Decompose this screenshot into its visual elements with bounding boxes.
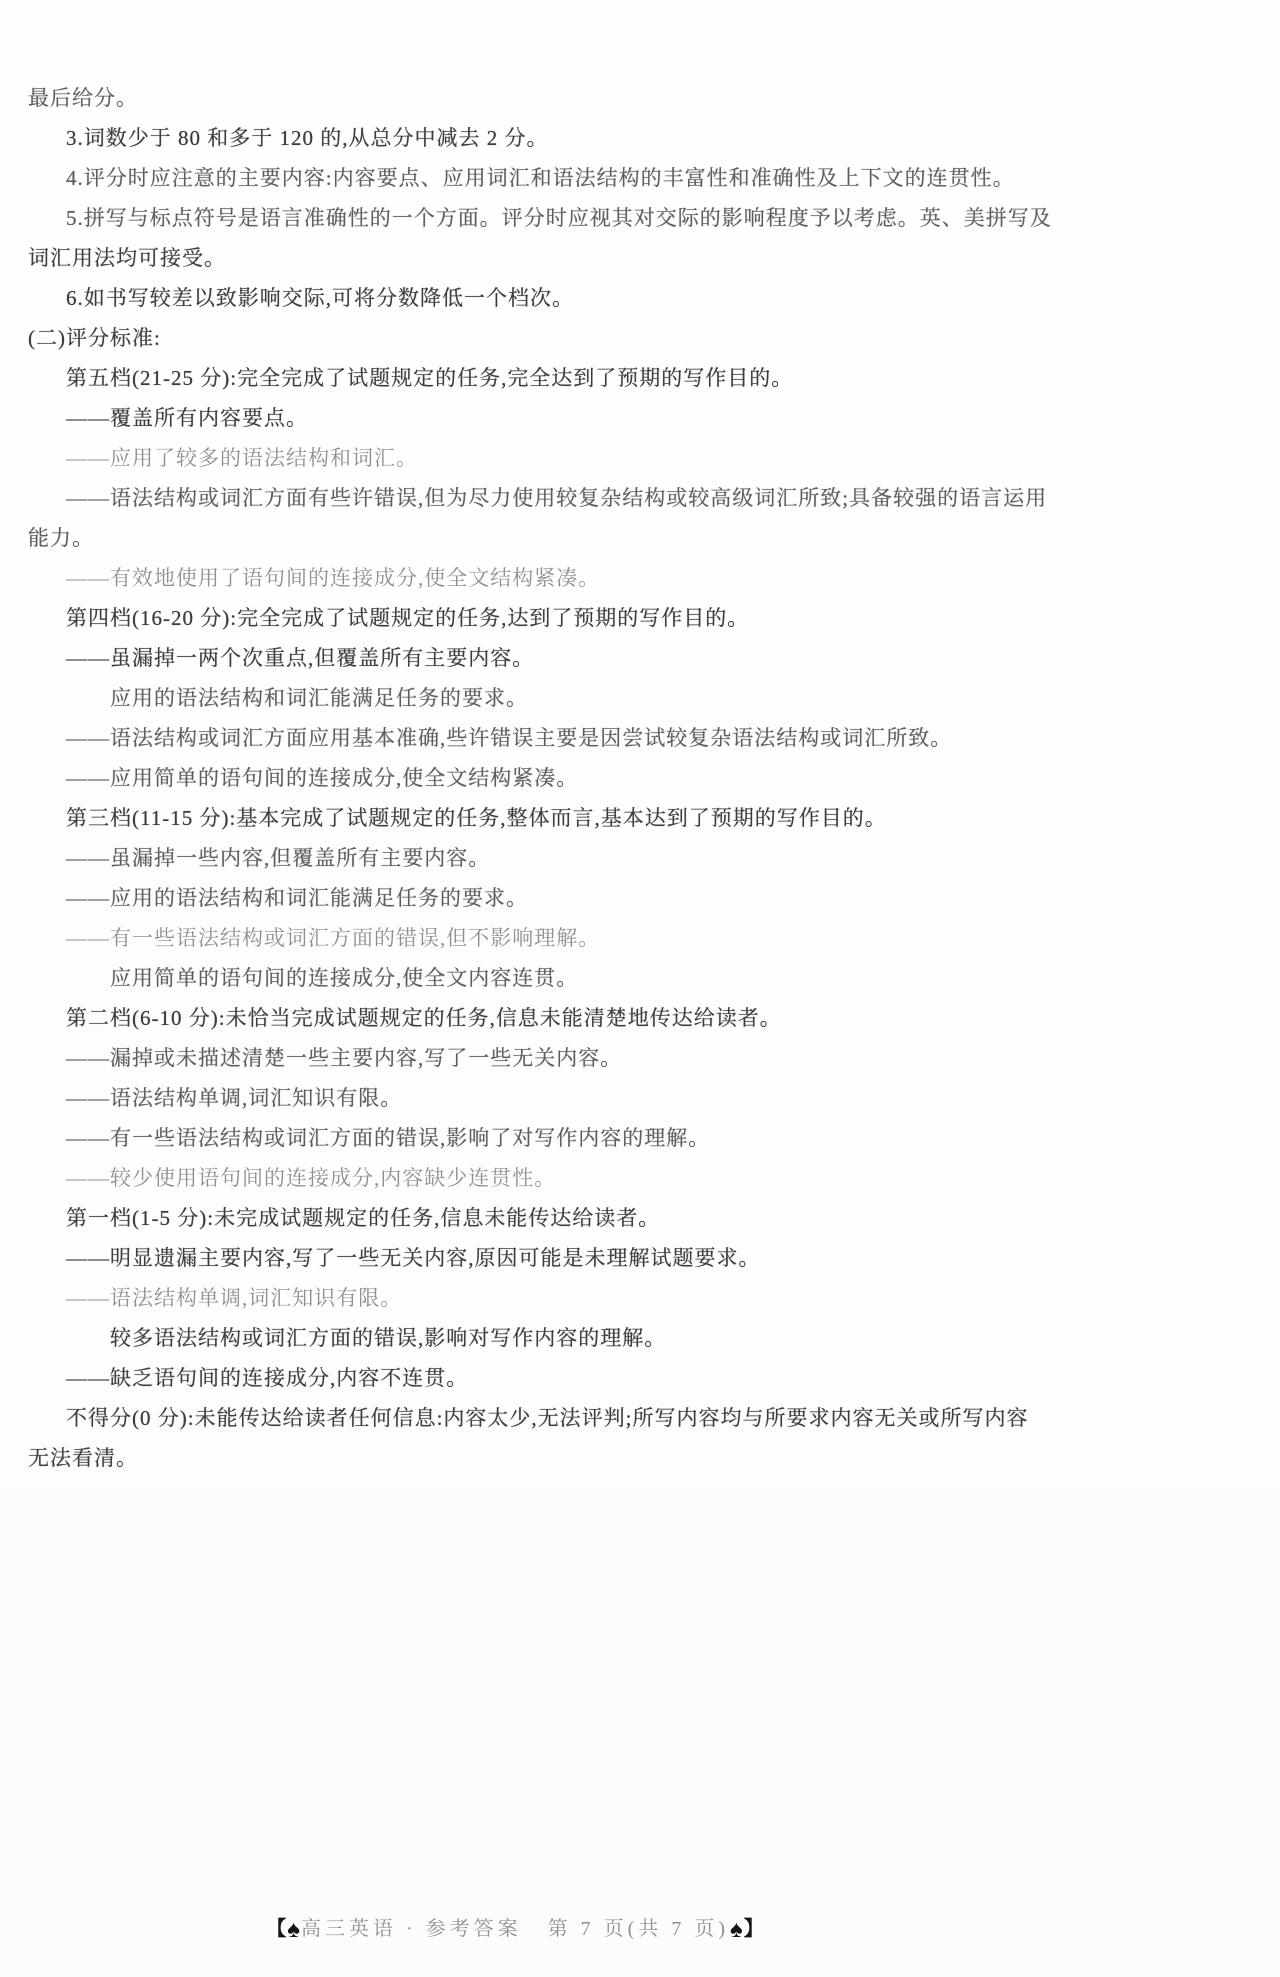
text-line: 较多语法结构或词汇方面的错误,影响对写作内容的理解。 [110, 1318, 1038, 1358]
text-line: ——较少使用语句间的连接成分,内容缺少连贯性。 [66, 1158, 1038, 1198]
text-line: 不得分(0 分):未能传达给读者任何信息:内容太少,无法评判;所写内容均与所要求… [66, 1398, 1038, 1438]
spade-icon: ♠ [286, 1917, 301, 1943]
scanned-answer-page: 最后给分。3.词数少于 80 和多于 120 的,从总分中减去 2 分。4.评分… [0, 0, 1280, 1977]
text-line: 第一档(1-5 分):未完成试题规定的任务,信息未能传达给读者。 [66, 1198, 1038, 1238]
text-line: (二)评分标准: [28, 318, 1038, 358]
text-line: 应用简单的语句间的连接成分,使全文内容连贯。 [110, 958, 1038, 998]
text-line: ——虽漏掉一些内容,但覆盖所有主要内容。 [66, 838, 1038, 878]
text-line: ——应用了较多的语法结构和词汇。 [66, 438, 1038, 478]
text-line: ——虽漏掉一两个次重点,但覆盖所有主要内容。 [66, 638, 1038, 678]
text-line: ——有效地使用了语句间的连接成分,使全文结构紧凑。 [66, 558, 1038, 598]
text-line: ——语法结构单调,词汇知识有限。 [66, 1278, 1038, 1318]
text-line: 5.拼写与标点符号是语言准确性的一个方面。评分时应视其对交际的影响程度予以考虑。… [66, 198, 1038, 238]
text-line: 6.如书写较差以致影响交际,可将分数降低一个档次。 [66, 278, 1038, 318]
text-line: 第二档(6-10 分):未恰当完成试题规定的任务,信息未能清楚地传达给读者。 [66, 998, 1038, 1038]
text-line: ——语法结构或词汇方面应用基本准确,些许错误主要是因尝试较复杂语法结构或词汇所致… [66, 718, 1038, 758]
text-line: ——缺乏语句间的连接成分,内容不连贯。 [66, 1358, 1038, 1398]
text-line: ——有一些语法结构或词汇方面的错误,影响了对写作内容的理解。 [66, 1118, 1038, 1158]
document-lines: 最后给分。3.词数少于 80 和多于 120 的,从总分中减去 2 分。4.评分… [28, 78, 1038, 1478]
page-footer: 【♠高三英语 · 参考答案第 7 页(共 7 页)♠】 [0, 1912, 1030, 1947]
footer-bracket-close: 】 [744, 1918, 764, 1940]
text-line: 4.评分时应注意的主要内容:内容要点、应用词汇和语法结构的丰富性和准确性及上下文… [66, 158, 1038, 198]
text-line: 无法看清。 [28, 1438, 1038, 1478]
spade-icon: ♠ [729, 1917, 744, 1943]
text-line: 第五档(21-25 分):完全完成了试题规定的任务,完全达到了预期的写作目的。 [66, 358, 1038, 398]
text-line: ——应用简单的语句间的连接成分,使全文结构紧凑。 [66, 758, 1038, 798]
text-line: 词汇用法均可接受。 [28, 238, 1038, 278]
footer-bracket-open: 【 [266, 1918, 286, 1940]
text-line: 3.词数少于 80 和多于 120 的,从总分中减去 2 分。 [66, 118, 1038, 158]
text-line: ——明显遗漏主要内容,写了一些无关内容,原因可能是未理解试题要求。 [66, 1238, 1038, 1278]
text-line: 第三档(11-15 分):基本完成了试题规定的任务,整体而言,基本达到了预期的写… [66, 798, 1038, 838]
text-line: ——有一些语法结构或词汇方面的错误,但不影响理解。 [66, 918, 1038, 958]
text-line: 第四档(16-20 分):完全完成了试题规定的任务,达到了预期的写作目的。 [66, 598, 1038, 638]
footer-title: 高三英语 · 参考答案 [301, 1918, 522, 1940]
text-line: ——漏掉或未描述清楚一些主要内容,写了一些无关内容。 [66, 1038, 1038, 1078]
text-line: 应用的语法结构和词汇能满足任务的要求。 [110, 678, 1038, 718]
text-line: ——语法结构单调,词汇知识有限。 [66, 1078, 1038, 1118]
text-line: ——应用的语法结构和词汇能满足任务的要求。 [66, 878, 1038, 918]
text-line: ——覆盖所有内容要点。 [66, 398, 1038, 438]
text-line: 能力。 [28, 518, 1038, 558]
text-line: ——语法结构或词汇方面有些许错误,但为尽力使用较复杂结构或较高级词汇所致;具备较… [66, 478, 1038, 518]
text-line: 最后给分。 [28, 78, 1038, 118]
footer-page-number: 第 7 页(共 7 页) [548, 1918, 729, 1940]
